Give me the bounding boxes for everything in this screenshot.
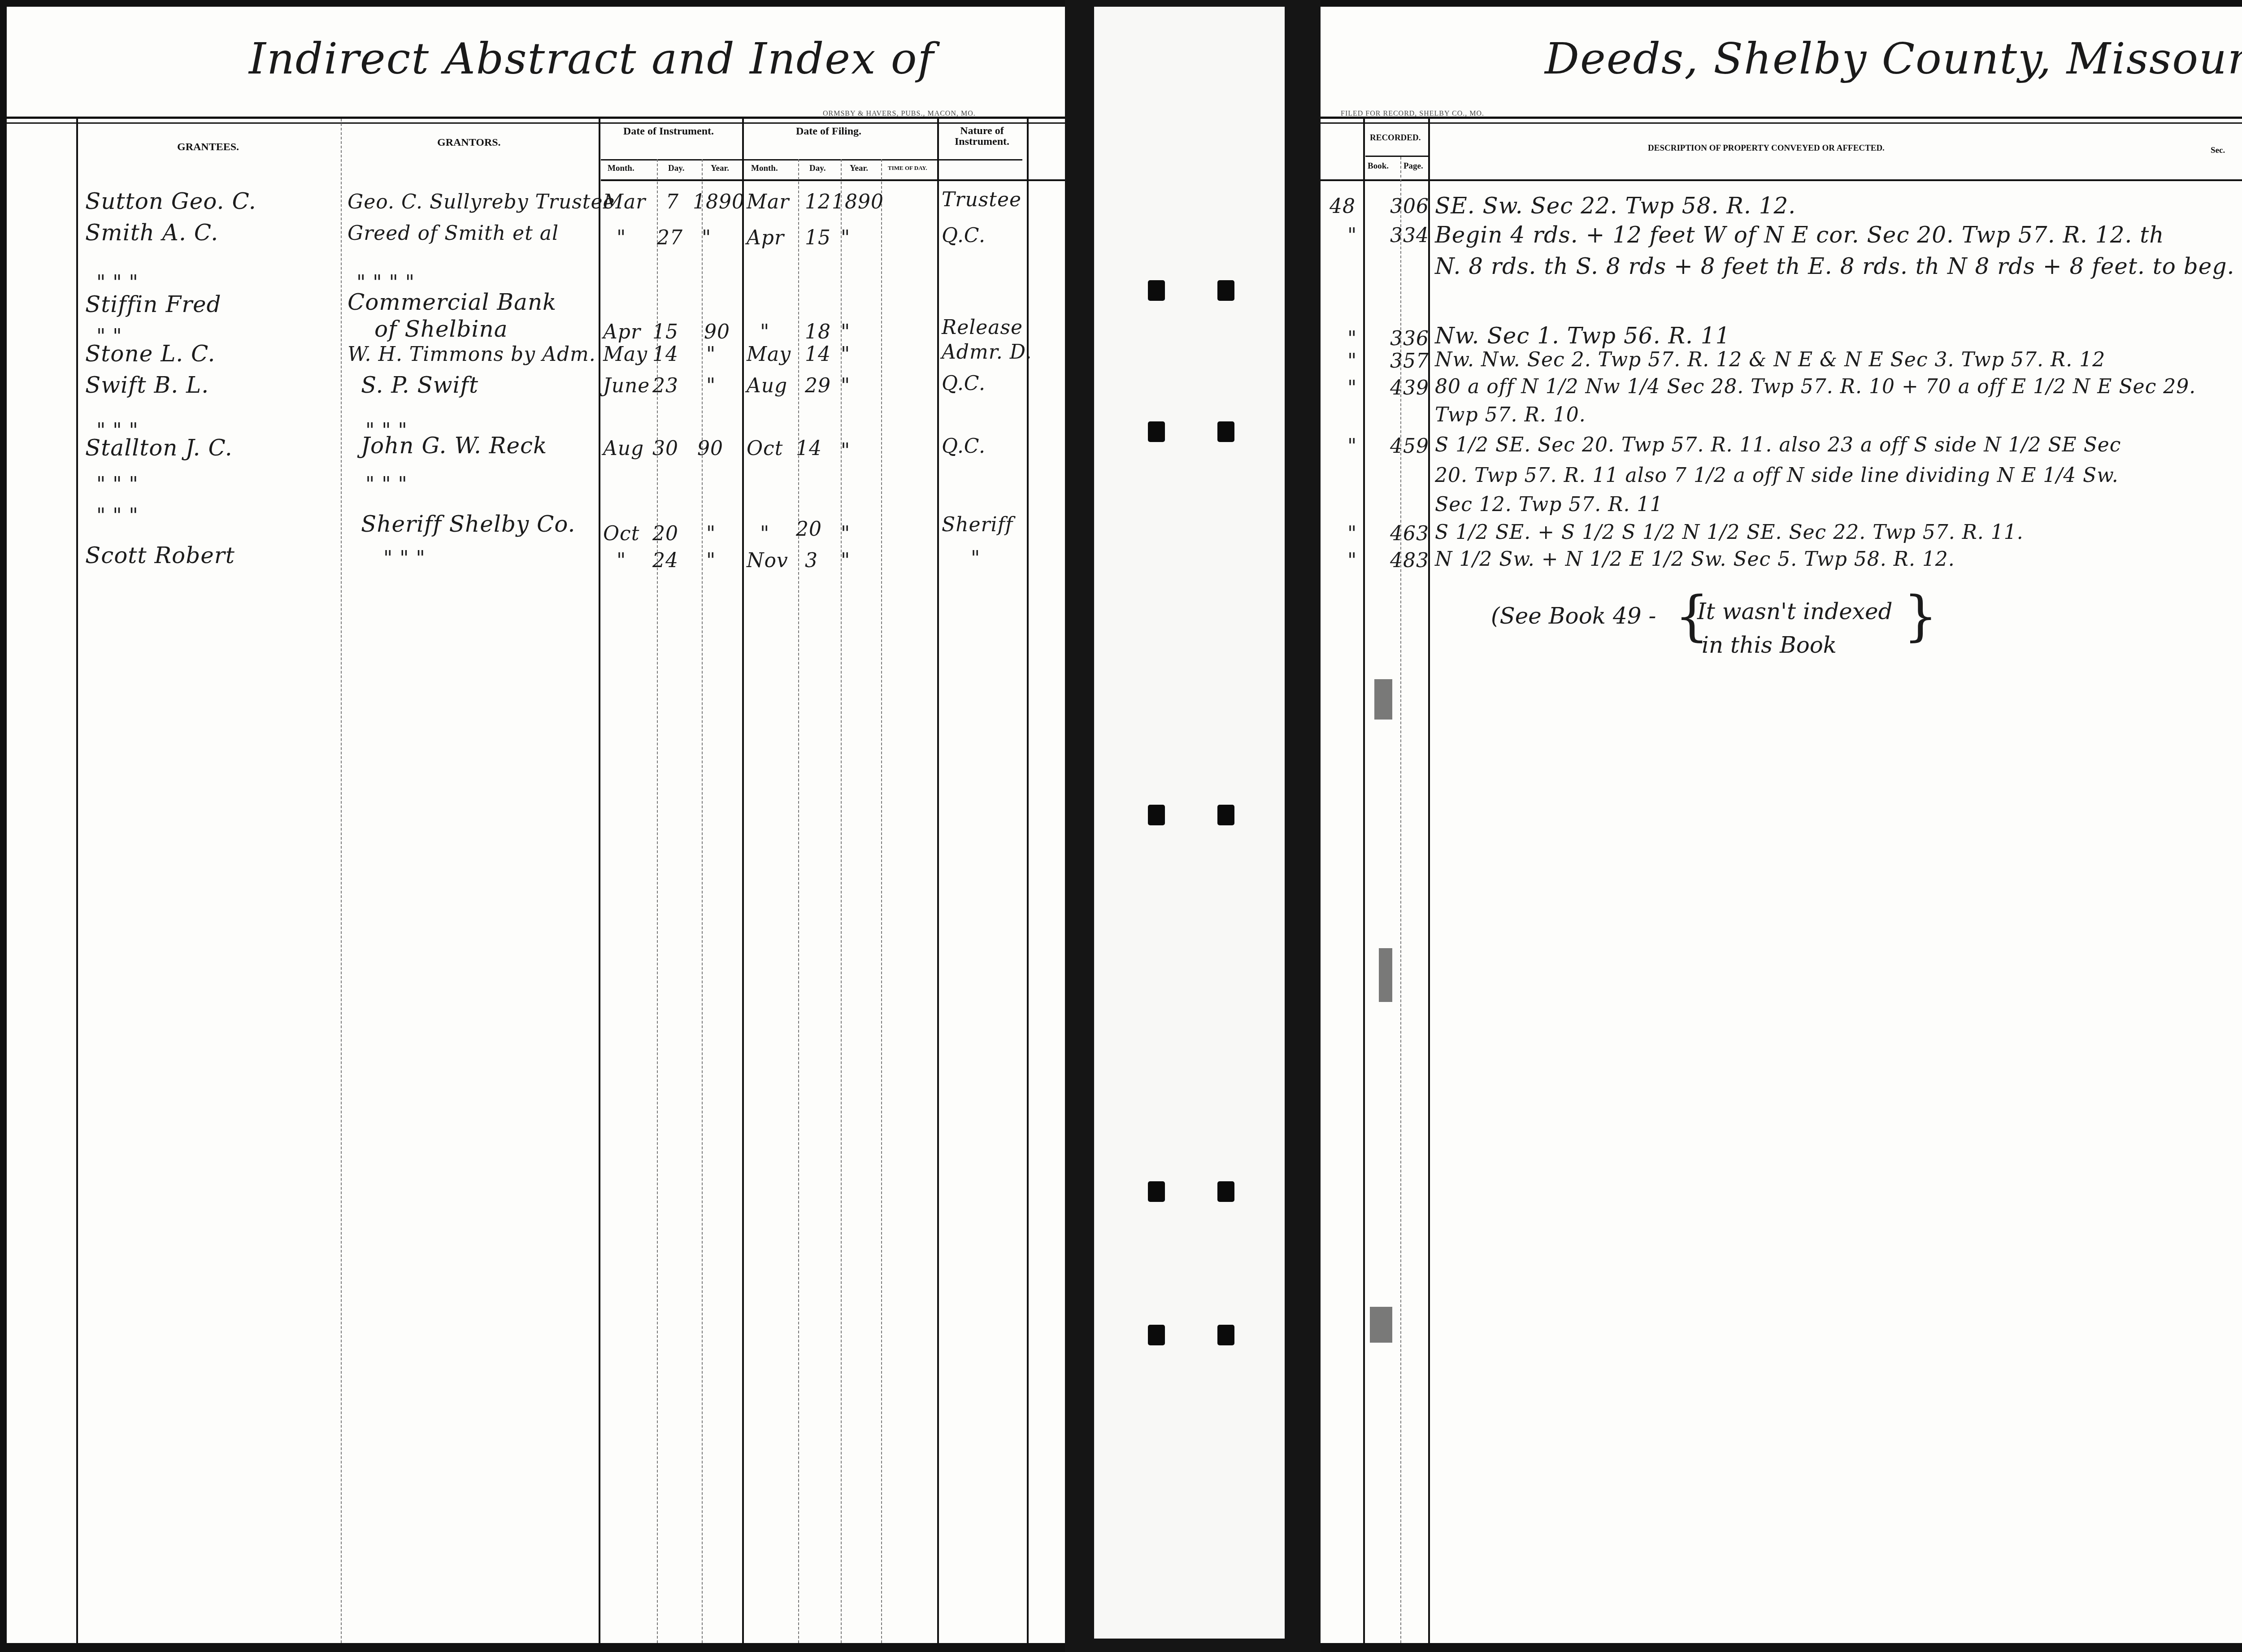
header-date-of-filing: Date of Filing. bbox=[796, 126, 861, 138]
grantor-cell: of Shelbina bbox=[374, 316, 508, 342]
grantor-cell: John G. W. Reck bbox=[361, 433, 547, 459]
column-rule bbox=[742, 119, 744, 1643]
file-month-cell: Nov bbox=[747, 549, 788, 572]
note-line-1: It wasn't indexed bbox=[1697, 598, 1893, 624]
file-day-cell: 18 bbox=[805, 321, 831, 343]
file-year-cell: " bbox=[841, 374, 850, 397]
header-grantees: GRANTEES. bbox=[177, 141, 239, 153]
nature-cell: Admr. D. bbox=[942, 341, 1032, 364]
inst-year-cell: 90 bbox=[704, 321, 730, 343]
header-time-of-day: TIME OF DAY. bbox=[888, 165, 927, 172]
file-day-cell: 3 bbox=[805, 549, 818, 572]
binding-hole bbox=[1148, 280, 1165, 301]
header-recorded: RECORDED. bbox=[1370, 133, 1421, 143]
file-month-cell: " bbox=[760, 321, 769, 343]
description-line: N. 8 rds. th S. 8 rds + 8 feet th E. 8 r… bbox=[1435, 253, 2234, 279]
recorded-header-rule bbox=[1365, 156, 1428, 157]
page-cell: 463 bbox=[1390, 522, 1429, 545]
binding-hole bbox=[1217, 421, 1234, 442]
description-line: N 1/2 Sw. + N 1/2 E 1/2 Sw. Sec 5. Twp 5… bbox=[1435, 548, 1955, 571]
book-cell: " bbox=[1347, 327, 1357, 350]
grantor-cell: Greed of Smith et al bbox=[348, 222, 559, 245]
header-book: Book. bbox=[1368, 161, 1389, 171]
inst-day-cell: 24 bbox=[652, 549, 678, 572]
inst-month-cell: Aug bbox=[603, 437, 644, 460]
nature-cell: " bbox=[971, 547, 980, 570]
grantee-cell: " " " bbox=[96, 473, 139, 496]
book-cell: " bbox=[1347, 350, 1357, 373]
binding-hole bbox=[1148, 1325, 1165, 1345]
left-ledger-page: Indirect Abstract and Index of ORMSBY & … bbox=[7, 7, 1065, 1643]
file-month-cell: " bbox=[760, 522, 769, 545]
column-rule bbox=[1363, 119, 1365, 1643]
inst-year-cell: 1890 bbox=[693, 191, 745, 213]
left-page-title: Indirect Abstract and Index of bbox=[249, 34, 934, 84]
header-date-of-instrument: Date of Instrument. bbox=[623, 126, 714, 138]
file-year-cell: " bbox=[841, 439, 850, 462]
inst-year-cell: " bbox=[706, 343, 716, 366]
header-description: DESCRIPTION OF PROPERTY CONVEYED OR AFFE… bbox=[1648, 143, 1885, 153]
file-month-cell: Apr bbox=[747, 226, 784, 249]
inst-day-cell: 15 bbox=[652, 321, 678, 343]
header-inst-month: Month. bbox=[608, 164, 634, 173]
file-month-cell: May bbox=[747, 343, 791, 366]
binding-strip-left bbox=[1094, 7, 1193, 1639]
inst-month-cell: June bbox=[603, 374, 650, 397]
note-line-2: in this Book bbox=[1702, 632, 1837, 658]
column-rule bbox=[702, 159, 703, 1643]
binding-hole bbox=[1217, 1325, 1234, 1345]
inst-year-cell: " bbox=[706, 522, 716, 545]
inst-month-cell: " bbox=[617, 549, 626, 572]
book-cell: " bbox=[1347, 549, 1357, 572]
cross-reference-note: (See Book 49 - bbox=[1491, 603, 1656, 629]
inst-day-cell: 27 bbox=[657, 226, 683, 249]
nature-cell: Q.C. bbox=[942, 435, 986, 458]
book-cell: " bbox=[1347, 224, 1357, 247]
right-page-title: Deeds, Shelby County, Missouri. bbox=[1545, 34, 2242, 84]
header-sec: Sec. bbox=[2211, 146, 2225, 156]
description-line: 20. Twp 57. R. 11 also 7 1/2 a off N sid… bbox=[1435, 464, 2119, 487]
description-line: S 1/2 SE. Sec 20. Twp 57. R. 11. also 23… bbox=[1435, 434, 2121, 456]
column-rule bbox=[798, 159, 799, 1643]
column-rule bbox=[599, 119, 600, 1643]
book-cell: " bbox=[1347, 377, 1357, 399]
grantee-cell: Sutton Geo. C. bbox=[85, 188, 256, 214]
description-line: Nw. Sec 1. Twp 56. R. 11 bbox=[1435, 323, 1730, 349]
inst-day-cell: 30 bbox=[652, 437, 678, 460]
grantee-cell: " " " bbox=[96, 504, 139, 527]
grantee-cell: Stiffin Fred bbox=[85, 291, 222, 317]
file-day-cell: 15 bbox=[805, 226, 831, 249]
grantee-cell: Scott Robert bbox=[85, 542, 235, 568]
book-cell: 48 bbox=[1330, 195, 1356, 218]
inst-month-cell: Mar bbox=[603, 191, 646, 213]
description-line: Twp 57. R. 10. bbox=[1435, 403, 1586, 426]
grantee-cell: Stallton J. C. bbox=[85, 435, 233, 461]
grantor-cell: " " " bbox=[365, 473, 408, 496]
inst-month-cell: Apr bbox=[603, 321, 641, 343]
header-inst-day: Day. bbox=[668, 164, 684, 173]
nature-cell: Release bbox=[942, 316, 1023, 339]
binding-hole bbox=[1148, 805, 1165, 825]
grantor-cell: Geo. C. Sullyreby Trustee bbox=[348, 191, 615, 213]
right-ledger-page: Deeds, Shelby County, Missouri. FILED FO… bbox=[1321, 7, 2242, 1643]
file-year-cell: " bbox=[841, 549, 850, 572]
inst-month-cell: Oct bbox=[603, 522, 639, 545]
right-brace: } bbox=[1903, 590, 1938, 643]
header-rule bbox=[7, 122, 1065, 124]
grantee-cell: Swift B. L. bbox=[85, 372, 209, 398]
grantor-cell: S. P. Swift bbox=[361, 372, 478, 398]
subheader-rule bbox=[1321, 179, 2242, 181]
grantor-cell: " " " bbox=[383, 547, 426, 570]
header-rule bbox=[1321, 117, 2242, 119]
inst-day-cell: 14 bbox=[652, 343, 678, 366]
header-inst-year: Year. bbox=[711, 164, 729, 173]
file-day-cell: 14 bbox=[796, 437, 822, 460]
header-rule bbox=[1321, 122, 2242, 124]
page-cell: 439 bbox=[1390, 377, 1429, 399]
book-cell: " bbox=[1347, 522, 1357, 545]
nature-cell: Trustee bbox=[942, 188, 1021, 211]
header-rule bbox=[7, 117, 1065, 119]
page-cell: 357 bbox=[1390, 350, 1429, 373]
description-line: Begin 4 rds. + 12 feet W of N E cor. Sec… bbox=[1435, 222, 2164, 248]
page-cell: 336 bbox=[1390, 327, 1429, 350]
inst-day-cell: 23 bbox=[652, 374, 678, 397]
nature-cell: Q.C. bbox=[942, 224, 986, 247]
column-rule bbox=[341, 119, 342, 1643]
binding-hole bbox=[1217, 1181, 1234, 1202]
grantee-cell: Smith A. C. bbox=[85, 220, 218, 246]
file-day-cell: 20 bbox=[796, 518, 822, 541]
page-cell: 334 bbox=[1390, 224, 1429, 247]
grantee-cell: Stone L. C. bbox=[85, 341, 216, 367]
description-line: S 1/2 SE. + S 1/2 S 1/2 N 1/2 SE. Sec 22… bbox=[1435, 521, 2024, 544]
inst-day-cell: 7 bbox=[666, 191, 679, 213]
file-year-cell: 1890 bbox=[832, 191, 884, 213]
column-rule bbox=[881, 159, 882, 1643]
description-line: SE. Sw. Sec 22. Twp 58. R. 12. bbox=[1435, 193, 1796, 219]
file-day-cell: 12 bbox=[805, 191, 831, 213]
binding-hole bbox=[1148, 421, 1165, 442]
subheader-rule bbox=[601, 179, 1065, 181]
file-year-cell: " bbox=[841, 522, 850, 545]
file-month-cell: Aug bbox=[747, 374, 787, 397]
inst-month-cell: May bbox=[603, 343, 647, 366]
description-line: Sec 12. Twp 57. R. 11 bbox=[1435, 493, 1663, 516]
header-nature-of-instrument: Nature of Instrument. bbox=[953, 126, 1011, 147]
file-month-cell: Oct bbox=[747, 437, 783, 460]
page-cell: 306 bbox=[1390, 195, 1429, 218]
nature-cell: Sheriff bbox=[942, 513, 1013, 536]
inst-year-cell: " bbox=[706, 374, 716, 397]
file-month-cell: Mar bbox=[747, 191, 789, 213]
grantee-cell: " " " bbox=[96, 271, 139, 294]
grantor-cell: Sheriff Shelby Co. bbox=[361, 511, 575, 537]
header-file-year: Year. bbox=[850, 164, 868, 173]
column-rule bbox=[937, 119, 939, 1643]
header-file-day: Day. bbox=[809, 164, 826, 173]
page-cell: 483 bbox=[1390, 549, 1429, 572]
binding-strip-right bbox=[1193, 7, 1285, 1639]
inst-year-cell: " bbox=[706, 549, 716, 572]
binding-hole bbox=[1217, 280, 1234, 301]
file-year-cell: " bbox=[841, 321, 850, 343]
header-page: Page. bbox=[1403, 161, 1423, 171]
description-line: Nw. Nw. Sec 2. Twp 57. R. 12 & N E & N E… bbox=[1435, 348, 2105, 371]
scan-noise bbox=[1379, 948, 1392, 1002]
file-year-cell: " bbox=[841, 343, 850, 366]
inst-day-cell: 20 bbox=[652, 522, 678, 545]
inst-year-cell: " bbox=[702, 226, 711, 249]
binding-hole bbox=[1217, 805, 1234, 825]
header-file-month: Month. bbox=[751, 164, 778, 173]
file-day-cell: 14 bbox=[805, 343, 831, 366]
inst-year-cell: 90 bbox=[697, 437, 723, 460]
header-grantors: GRANTORS. bbox=[437, 137, 501, 149]
column-rule bbox=[76, 119, 78, 1643]
grantor-cell: W. H. Timmons by Adm. bbox=[348, 343, 596, 366]
date-header-rule bbox=[601, 159, 1022, 160]
book-cell: " bbox=[1347, 435, 1357, 458]
scan-noise bbox=[1370, 1307, 1392, 1343]
description-line: 80 a off N 1/2 Nw 1/4 Sec 28. Twp 57. R.… bbox=[1435, 375, 2196, 398]
nature-cell: Q.C. bbox=[942, 372, 986, 395]
scan-noise bbox=[1374, 679, 1392, 720]
page-cell: 459 bbox=[1390, 435, 1429, 458]
inst-month-cell: " bbox=[617, 226, 626, 249]
file-year-cell: " bbox=[841, 226, 850, 249]
file-day-cell: 29 bbox=[805, 374, 831, 397]
binding-hole bbox=[1148, 1181, 1165, 1202]
grantor-cell: Commercial Bank bbox=[348, 289, 556, 315]
